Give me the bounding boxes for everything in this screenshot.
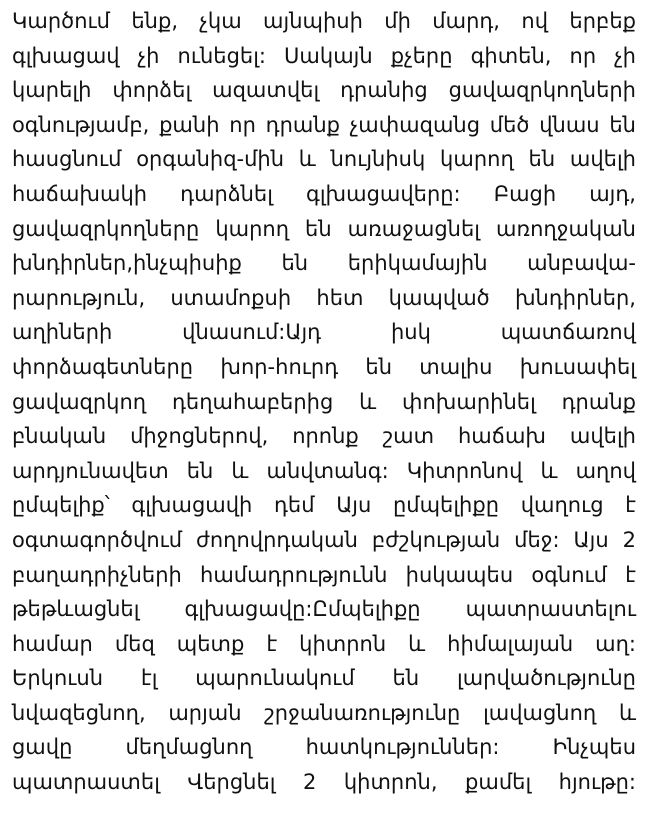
text-line: արդյունավետ են և անվտանգ: Կիտրոնով և աղո… xyxy=(12,454,636,489)
text-line: պատրաստել Վերցնել 2 կիտրոն, քամել հյութը… xyxy=(12,765,636,800)
text-line: աղիների վնասում:Այդ իսկ պատճառով xyxy=(12,315,636,350)
text-line: հաճախակի դարձնել գլխացավերը: Բացի այդ, xyxy=(12,177,636,212)
text-line: Երկուսն էլ պարունակում են լարվածությունը xyxy=(12,661,636,696)
text-line: հասցնում օրգանիզ-մին և նույնիսկ կարող են… xyxy=(12,142,636,177)
text-line: թեթևացնել գլխացավը:Ըմպելիքը պատրաստելու xyxy=(12,592,636,627)
text-line: օգտագործվում ժողովրդական բժշկության մեջ:… xyxy=(12,523,636,558)
text-line: ցավազրկողները կարող են առաջացնել առողջակ… xyxy=(12,212,636,247)
text-line: գլխացավ չի ունեցել: Սակայն քչերը գիտեն, … xyxy=(12,39,636,74)
text-line: համար մեզ պետք է կիտրոն և հիմալայան աղ: xyxy=(12,627,636,662)
text-line: կարելի փորձել ազատվել դրանից ցավազրկողնե… xyxy=(12,73,636,108)
text-line: ցավազրկող դեղահաբերից և փոխարինել դրանք xyxy=(12,385,636,420)
text-line: խնդիրներ,ինչպիսիք են երիկամային անբավա- xyxy=(12,246,636,281)
text-line: փորձագետները խոր-հուրդ են տալիս խուսափել xyxy=(12,350,636,385)
article-body: Կարծում ենք, չկա այնպիսի մի մարդ, ով երբ… xyxy=(12,4,636,800)
text-line: Կարծում ենք, չկա այնպիսի մի մարդ, ով երբ… xyxy=(12,4,636,39)
text-line: րարություն, ստամոքսի հետ կապված խնդիրներ… xyxy=(12,281,636,316)
text-line: ցավը մեղմացնող հատկություններ: Ինչպես xyxy=(12,730,636,765)
text-line: բաղադրիչների համադրությունն իսկապես օգնո… xyxy=(12,558,636,593)
text-line: օգնությամբ, քանի որ դրանք չափազանց մեծ վ… xyxy=(12,108,636,143)
text-line: նվազեցնող, արյան շրջանառությունը լավացնո… xyxy=(12,696,636,731)
text-line: բնական միջոցներով, որոնք շատ հաճախ ավելի xyxy=(12,419,636,454)
text-line: ըմպելիք՝ գլխացավի դեմ Այս ըմպելիքը վաղու… xyxy=(12,488,636,523)
